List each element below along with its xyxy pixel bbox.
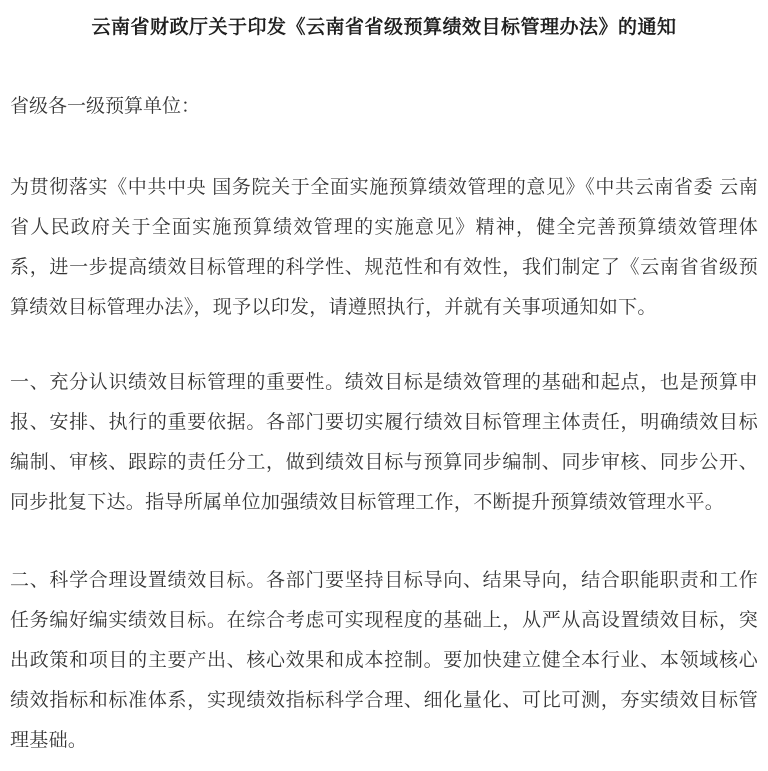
- paragraph-item-2: 二、科学合理设置绩效目标。各部门要坚持目标导向、结果导向，结合职能职责和工作任务…: [10, 561, 758, 761]
- document-page: 云南省财政厅关于印发《云南省省级预算绩效目标管理办法》的通知 省级各一级预算单位…: [0, 0, 768, 771]
- salutation-line: 省级各一级预算单位：: [10, 87, 758, 127]
- paragraph-intro: 为贯彻落实《中共中央 国务院关于全面实施预算绩效管理的意见》《中共云南省委 云南…: [10, 168, 758, 328]
- paragraph-item-1: 一、充分认识绩效目标管理的重要性。绩效目标是绩效管理的基础和起点，也是预算申报、…: [10, 363, 758, 523]
- document-title: 云南省财政厅关于印发《云南省省级预算绩效目标管理办法》的通知: [10, 8, 758, 48]
